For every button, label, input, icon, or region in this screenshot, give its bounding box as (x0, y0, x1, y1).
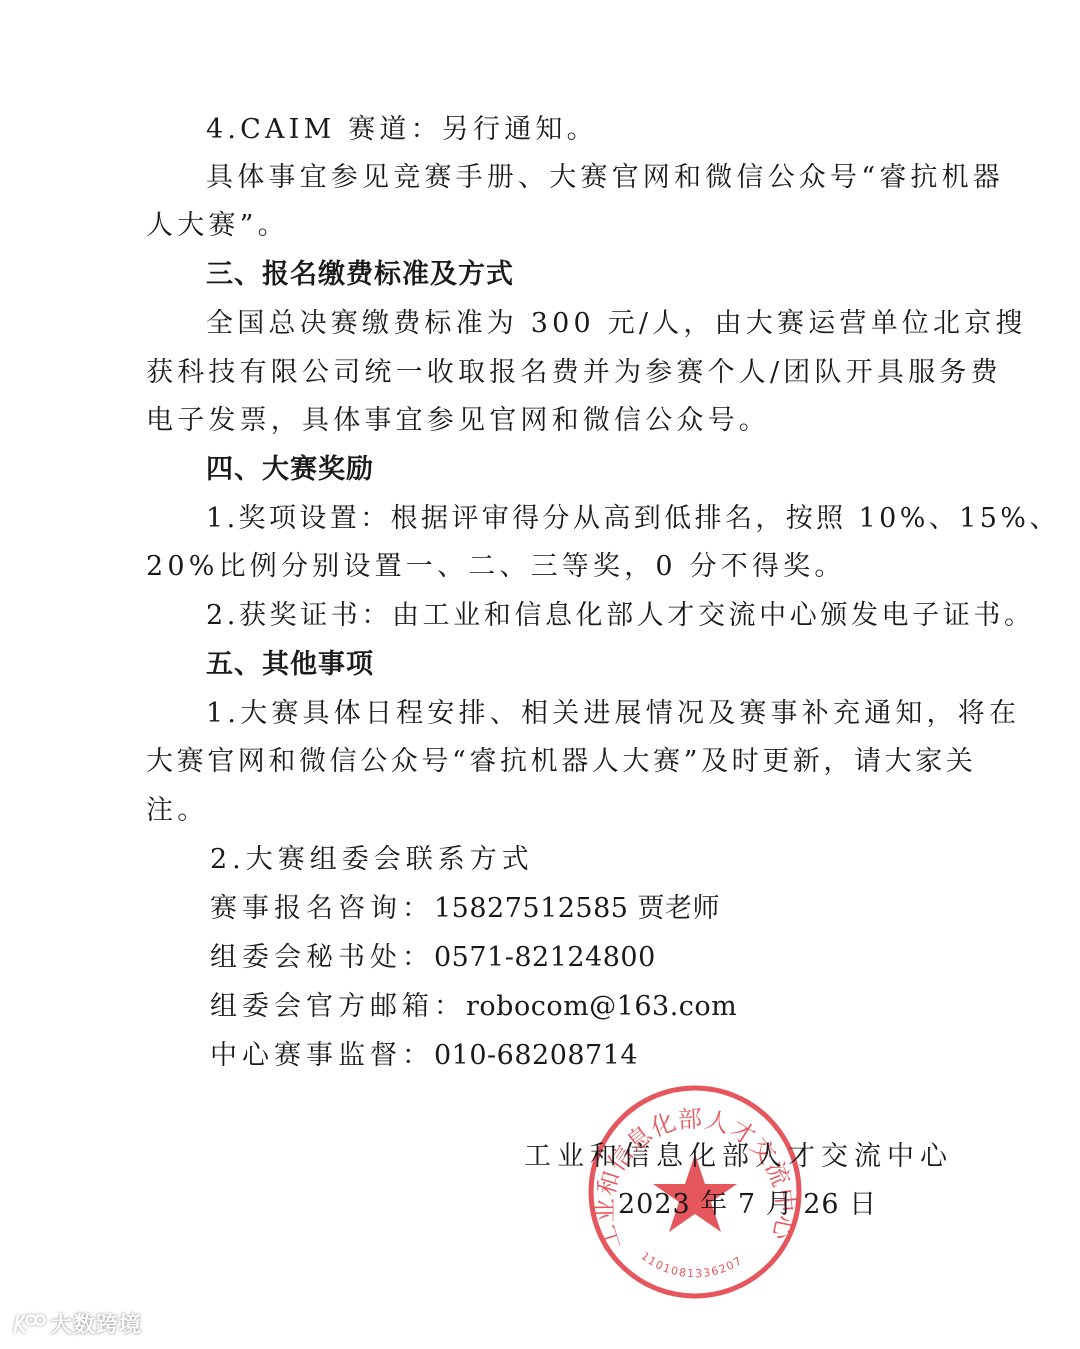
paragraph-line: 4.CAIM 赛道：另行通知。 (206, 112, 598, 148)
contact-supervision: 中心赛事监督：010-68208714 (210, 1038, 638, 1074)
paragraph-line: 大赛官网和微信公众号“睿抗机器人大赛”及时更新，请大家关 (146, 744, 976, 780)
paragraph-line: 1.奖项设置：根据评审得分从高到低排名，按照 10%、15%、 (206, 501, 1060, 537)
paragraph-line: 20%比例分别设置一、二、三等奖，0 分不得奖。 (146, 549, 846, 585)
contact-email: 组委会官方邮箱：robocom@163.com (210, 989, 737, 1025)
signature-organization: 工业和信息化部人才交流中心 (524, 1139, 953, 1175)
paragraph-line: 具体事宜参见竞赛手册、大赛官网和微信公众号“睿抗机器 (206, 160, 1004, 196)
paragraph-line: 1.大赛具体日程安排、相关进展情况及赛事补充通知，将在 (206, 696, 1020, 732)
contact-title: 2.大赛组委会联系方式 (210, 842, 534, 878)
watermark-text: 大数跨境 (50, 1308, 142, 1339)
paragraph-line: 注。 (146, 793, 208, 829)
contact-value: 010-68208714 (434, 1040, 638, 1071)
svg-text:1101081336207: 1101081336207 (639, 1250, 746, 1281)
contact-secretariat: 组委会秘书处：0571-82124800 (210, 940, 656, 976)
kuajing-logo-icon (12, 1312, 46, 1336)
contact-value: 0571-82124800 (434, 942, 656, 973)
paragraph-line: 获科技有限公司统一收取报名费并为参赛个人/团队开具服务费 (146, 355, 1002, 391)
section-heading-fees: 三、报名缴费标准及方式 (206, 257, 514, 293)
contact-label: 组委会官方邮箱： (210, 991, 466, 1022)
paragraph-line: 2.获奖证书：由工业和信息化部人才交流中心颁发电子证书。 (206, 598, 1035, 634)
svg-text:工业和信息化部人才交流中心: 工业和信息化部人才交流中心 (591, 1105, 800, 1253)
signature-date: 2023 年 7 月 26 日 (618, 1187, 877, 1223)
contact-value: 15827512585 贾老师 (434, 893, 720, 924)
contact-label: 中心赛事监督： (210, 1040, 434, 1071)
contact-registration: 赛事报名咨询：15827512585 贾老师 (210, 891, 720, 927)
watermark: 大数跨境 (12, 1308, 142, 1339)
contact-email-value[interactable]: robocom@163.com (466, 991, 737, 1022)
contact-label: 组委会秘书处： (210, 942, 434, 973)
section-heading-awards: 四、大赛奖励 (206, 452, 374, 488)
contact-label: 赛事报名咨询： (210, 893, 434, 924)
section-heading-other: 五、其他事项 (206, 647, 374, 683)
paragraph-line: 全国总决赛缴费标准为 300 元/人，由大赛运营单位北京搜 (206, 306, 1027, 342)
paragraph-line: 电子发票，具体事宜参见官网和微信公众号。 (146, 403, 770, 439)
paragraph-line: 人大赛”。 (146, 208, 289, 244)
